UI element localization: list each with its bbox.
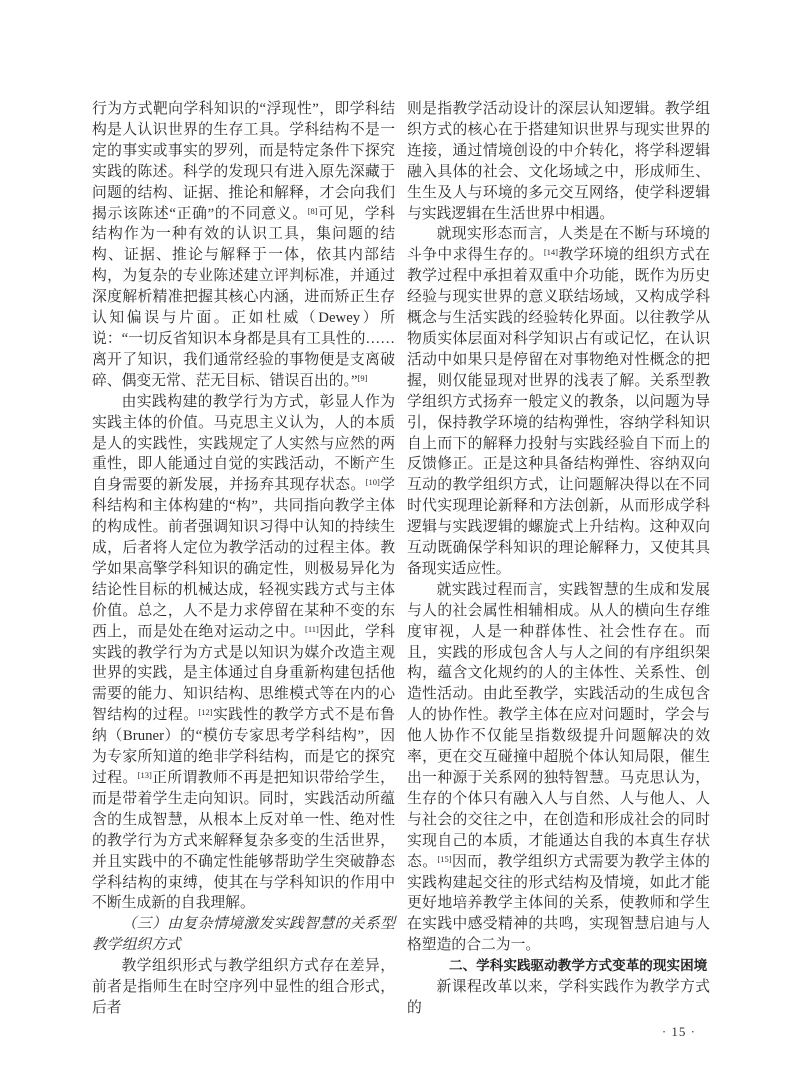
left-column: 行为方式靶向学科知识的“浮现性”，即学科结构是人认识世界的生存工具。学科结构不是… (92, 99, 395, 1043)
citation-marker: [14] (544, 247, 558, 257)
citation-marker: [9] (358, 373, 368, 383)
paper-page: 行为方式靶向学科知识的“浮现性”，即学科结构是人认识世界的生存工具。学科结构不是… (92, 99, 710, 1043)
citation-marker: [10] (366, 477, 380, 487)
body-paragraph-organization-start: 教学组织形式与教学组织方式存在差异，前者是指师生在时空序列中显性的组合形式，后者 (92, 956, 395, 1019)
right-column: 则是指教学活动设计的深层认知逻辑。教学组织方式的核心在于搭建知识世界与现实世界的… (407, 99, 710, 1043)
body-paragraph-organization-end: 则是指教学活动设计的深层认知逻辑。教学组织方式的核心在于搭建知识世界与现实世界的… (407, 99, 710, 224)
body-paragraph-practice-subject: 由实践构建的教学行为方式，彰显人作为实践主体的价值。马克思主义认为，人的本质是人… (92, 392, 395, 915)
body-paragraph-continuation: 行为方式靶向学科知识的“浮现性”，即学科结构是人认识世界的生存工具。学科结构不是… (92, 99, 395, 392)
citation-marker: [11] (305, 624, 319, 634)
citation-marker: [15] (437, 854, 451, 864)
body-paragraph-new-curriculum: 新课程改革以来，学科实践作为教学方式的 (407, 977, 710, 1019)
citation-marker: [8] (308, 206, 318, 216)
subsection-heading-three: （三）由复杂情境激发实践智慧的关系型教学组织方式 (92, 914, 395, 956)
body-paragraph-reality-form: 就现实形态而言，人类是在不断与环境的斗争中求得生存的。[14]教学环境的组织方式… (407, 224, 710, 579)
two-column-layout: 行为方式靶向学科知识的“浮现性”，即学科结构是人认识世界的生存工具。学科结构不是… (92, 99, 710, 1043)
citation-marker: [13] (138, 770, 152, 780)
section-heading-two: 二、学科实践驱动教学方式变革的现实困境 (407, 956, 710, 977)
citation-marker: [12] (198, 707, 212, 717)
page-number: · 15 · (407, 1022, 710, 1043)
body-paragraph-practice-process: 就实践过程而言，实践智慧的生成和发展与人的社会属性相辅相成。从人的横向生存维度审… (407, 580, 710, 956)
